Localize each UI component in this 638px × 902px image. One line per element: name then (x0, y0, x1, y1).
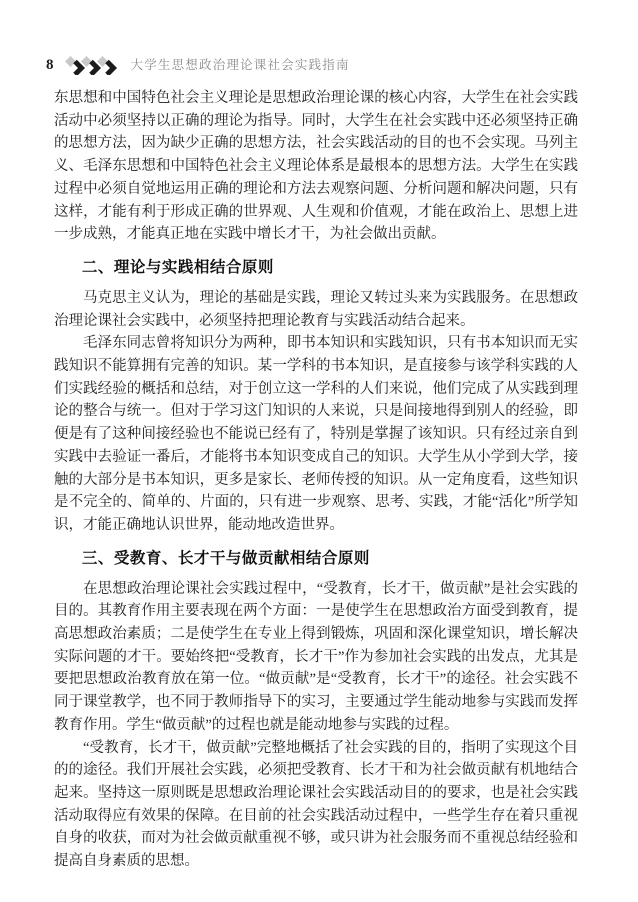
book-page: 8 大学生思想政治理论课社会实践指南 东思想和中国特色社会主义理论是思想政治理论… (0, 0, 638, 902)
section-heading-3: 三、受教育、长才干与做贡献相结合原则 (54, 547, 578, 570)
paragraph-continued: 东思想和中国特色社会主义理论是思想政治理论课的核心内容，大学生在社会实践活动中必… (54, 87, 578, 246)
running-title: 大学生思想政治理论课社会实践指南 (131, 54, 350, 76)
triple-diamond-chevron-icon (63, 56, 118, 75)
paragraph: “受教育，长才干，做贡献”完整地概括了社会实践的目的，指明了实现这个目的的途径。… (54, 737, 578, 873)
paragraph: 在思想政治理论课社会实践过程中，“受教育，长才干，做贡献”是社会实践的目的。其教… (54, 578, 578, 737)
paragraph: 毛泽东同志曾将知识分为两种，即书本知识和实践知识，只有书本知识而无实践知识不能算… (54, 332, 578, 536)
body-text: 东思想和中国特色社会主义理论是思想政治理论课的核心内容，大学生在社会实践活动中必… (54, 87, 578, 873)
paragraph: 马克思主义认为，理论的基础是实践，理论又转过头来为实践服务。在思想政治理论课社会… (54, 287, 578, 332)
page-number: 8 (46, 54, 54, 76)
page-header: 8 大学生思想政治理论课社会实践指南 (46, 54, 592, 76)
section-heading-2: 二、理论与实践相结合原则 (54, 256, 578, 279)
